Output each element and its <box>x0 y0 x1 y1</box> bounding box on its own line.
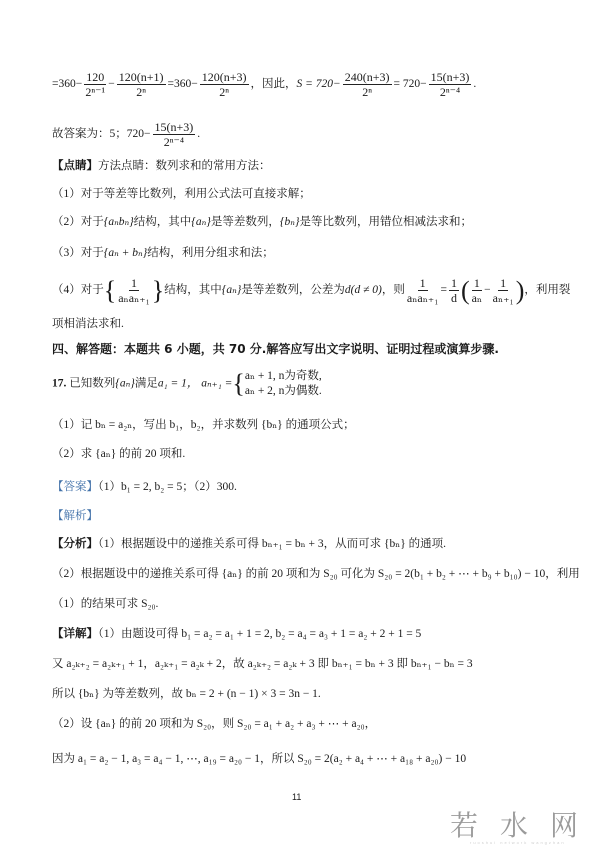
tip-header: 【点睛】方法点睛：数列求和的常用方法： <box>52 158 271 174</box>
fraction: 1aₙaₙ₊₁ <box>407 276 439 305</box>
detail-line-4: （2）设 {aₙ} 的前 20 项和为 S₂₀，则 S₂₀ = a₁ + a₂ … <box>52 716 376 732</box>
fraction: 120(n+3)2ⁿ <box>200 70 249 99</box>
page-number: 11 <box>292 792 301 802</box>
piecewise-cases: aₙ + 1, n为奇数,aₙ + 2, n为偶数. <box>245 369 322 399</box>
fraction: 1aₙ <box>472 276 483 305</box>
tip-item-2: （2）对于{aₙbₙ}结构，其中{aₙ}是等差数列，{bₙ}是等比数列，用错位相… <box>52 214 472 230</box>
analysis-label: 【解析】 <box>52 510 98 522</box>
fraction: 1aₙ₊₁ <box>493 276 514 305</box>
detail-line-5: 因为 a₁ = a₂ − 1, a₃ = a₄ − 1, ⋯, a₁₉ = a₂… <box>52 751 466 767</box>
answer-label: 【答案】 <box>52 481 98 493</box>
eq-text: =360− <box>52 78 82 90</box>
question-number: 17. <box>52 378 66 390</box>
answer-row: 【答案】（1）b₁ = 2, b₂ = 5；（2）300. <box>52 479 237 495</box>
fraction: 240(n+3)2ⁿ <box>343 70 392 99</box>
detail-line-1: 【详解】（1）由题设可得 b₁ = a₂ = a₁ + 1 = 2, b₂ = … <box>52 626 421 642</box>
watermark-subtext: ruoshui network wangzhan <box>470 840 566 845</box>
tip-item-4: （4）对于{1aₙaₙ₊₁}结构，其中{aₙ}是等差数列，公差为d(d ≠ 0)… <box>52 276 570 305</box>
detail-label: 【详解】 <box>52 628 98 640</box>
fraction: 120(n+1)2ⁿ <box>117 70 166 99</box>
fenxi-line-2b: （1）的结果可求 S₂₀. <box>52 596 158 612</box>
equation-line-1: =360−1202ⁿ⁻¹−120(n+1)2ⁿ=360−120(n+3)2ⁿ，因… <box>52 70 476 99</box>
analysis-label-row: 【解析】 <box>52 508 98 524</box>
tip-label: 【点睛】 <box>52 160 98 172</box>
answer-line: 故答案为：5；720−15(n+3)2ⁿ⁻⁴. <box>52 120 200 149</box>
fenxi-line-2: （2）根据题设中的递推关系可得 {aₙ} 的前 20 项和为 S₂₀ 可化为 S… <box>52 566 580 582</box>
watermark-logo: 若水网 <box>450 804 600 844</box>
question-17-part-2: （2）求 {aₙ} 的前 20 项和. <box>52 446 185 462</box>
tip-item-3: （3）对于{aₙ + bₙ}结构，利用分组求和法； <box>52 245 274 261</box>
fraction: 15(n+3)2ⁿ⁻⁴ <box>429 70 472 99</box>
section-heading: 四、解答题：本题共 6 小题，共 70 分.解答应写出文字说明、证明过程或演算步… <box>52 341 499 357</box>
tip-item-4-continued: 项相消法求和. <box>52 316 124 332</box>
fraction: 1202ⁿ⁻¹ <box>84 70 106 99</box>
fraction: 1d <box>449 276 459 305</box>
fraction: 1aₙaₙ₊₁ <box>118 276 150 305</box>
fenxi-label: 【分析】 <box>52 538 98 550</box>
fraction: 15(n+3)2ⁿ⁻⁴ <box>153 120 196 149</box>
question-17-part-1: （1）记 bₙ = a₂ₙ，写出 b₁，b₂，并求数列 {bₙ} 的通项公式； <box>52 417 355 433</box>
question-17: 17. 已知数列{aₙ}满足a₁ = 1， aₙ₊₁ ={aₙ + 1, n为奇… <box>52 369 322 399</box>
fenxi-line-1: 【分析】（1）根据题设中的递推关系可得 bₙ₊₁ = bₙ + 3，从而可求 {… <box>52 536 446 552</box>
detail-line-3: 所以 {bₙ} 为等差数列，故 bₙ = 2 + (n − 1) × 3 = 3… <box>52 686 321 702</box>
detail-line-2: 又 a₂ₖ₊₂ = a₂ₖ₊₁ + 1，a₂ₖ₊₁ = a₂ₖ + 2，故 a₂… <box>52 656 473 672</box>
tip-item-1: （1）对于等差等比数列，利用公式法可直接求解； <box>52 186 311 202</box>
